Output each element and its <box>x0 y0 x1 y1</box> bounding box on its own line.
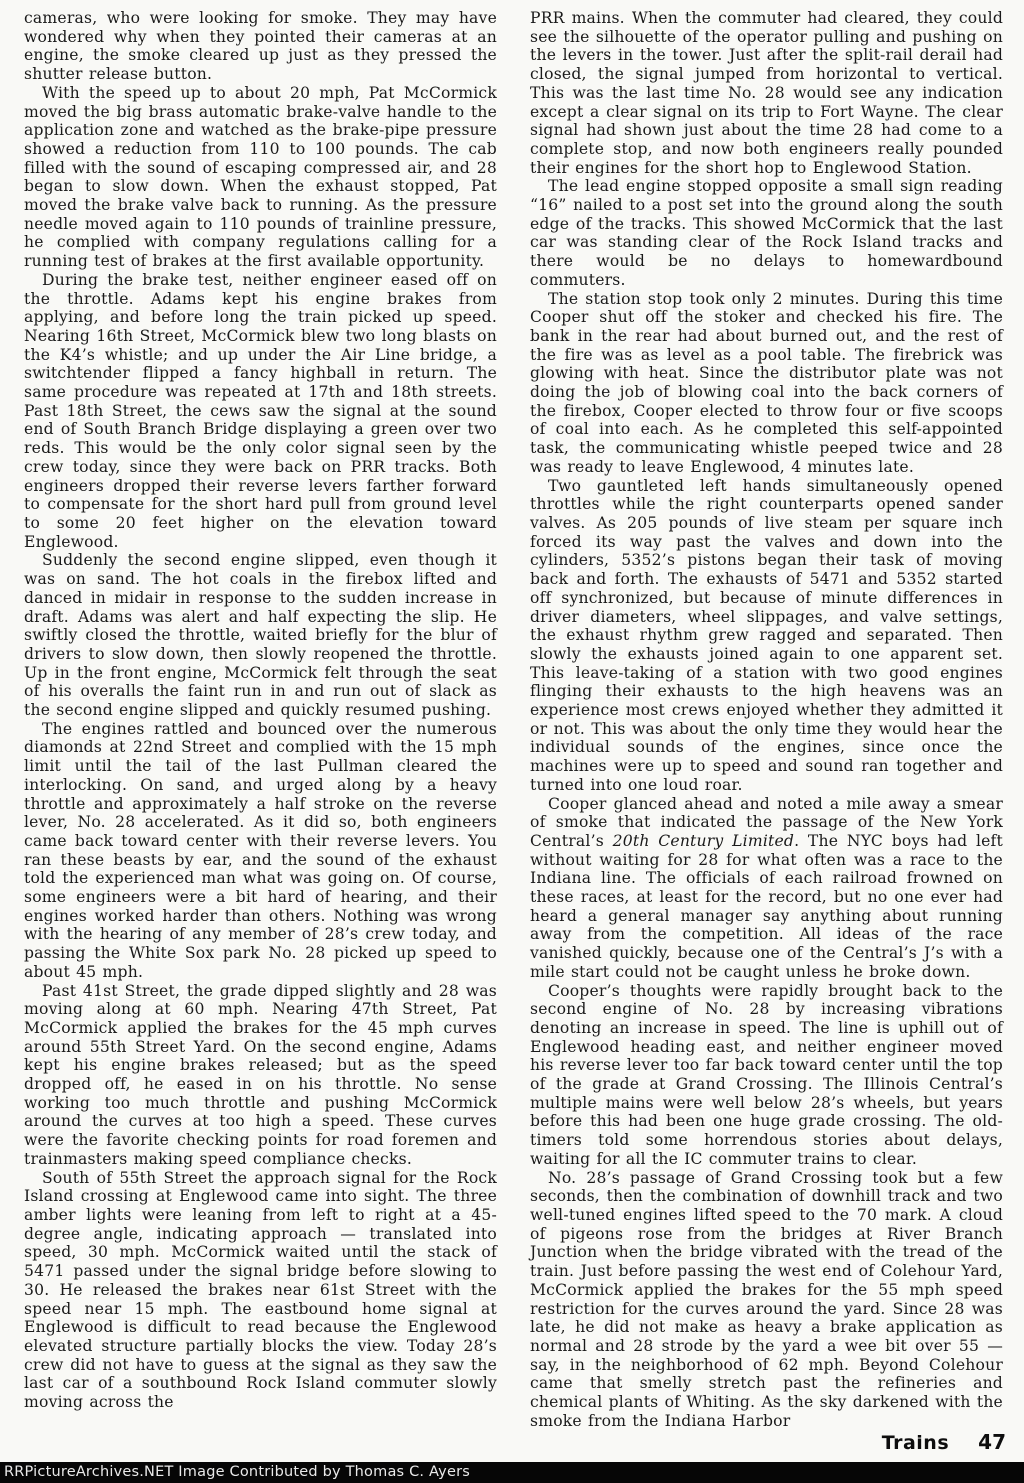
magazine-page: cameras, who were looking for smoke. The… <box>0 0 1024 1483</box>
body-text: The engines rattled and bounced over the… <box>24 720 497 981</box>
body-text: With the speed up to about 20 mph, Pat M… <box>24 84 497 270</box>
body-text: cameras, who were looking for smoke. The… <box>24 9 497 83</box>
article-paragraph: Suddenly the second engine slipped, even… <box>24 551 497 719</box>
article-paragraph: Cooper’s thoughts were rapidly brought b… <box>530 982 1003 1169</box>
article-column-right: PRR mains. When the commuter had cleared… <box>530 9 1003 1430</box>
article-paragraph: With the speed up to about 20 mph, Pat M… <box>24 84 497 271</box>
article-paragraph: Past 41st Street, the grade dipped sligh… <box>24 982 497 1169</box>
article-body: cameras, who were looking for smoke. The… <box>24 9 1003 1430</box>
body-text: Cooper’s thoughts were rapidly brought b… <box>530 982 1003 1168</box>
body-text: The lead engine stopped opposite a small… <box>530 177 1003 289</box>
body-text: No. 28’s passage of Grand Crossing took … <box>530 1169 1003 1430</box>
magazine-title: Trains <box>882 1432 949 1454</box>
body-text: The station stop took only 2 minutes. Du… <box>530 290 1003 476</box>
article-paragraph: South of 55th Street the approach signal… <box>24 1169 497 1412</box>
watermark-text: RRPictureArchives.NET Image Contributed … <box>4 1464 470 1480</box>
article-paragraph: No. 28’s passage of Grand Crossing took … <box>530 1169 1003 1431</box>
body-text: South of 55th Street the approach signal… <box>24 1169 497 1411</box>
body-text: Past 41st Street, the grade dipped sligh… <box>24 982 497 1168</box>
page-footer: Trains 47 <box>882 1430 1006 1454</box>
body-text: During the brake test, neither engineer … <box>24 271 497 551</box>
article-paragraph: During the brake test, neither engineer … <box>24 271 497 552</box>
body-text: . The NYC boys had left without waiting … <box>530 832 1003 981</box>
article-paragraph: Two gauntleted left hands simultaneously… <box>530 477 1003 795</box>
article-paragraph: The station stop took only 2 minutes. Du… <box>530 290 1003 477</box>
italic-text: 20th Century Limited <box>613 832 794 850</box>
body-text: Suddenly the second engine slipped, even… <box>24 551 497 719</box>
article-column-left: cameras, who were looking for smoke. The… <box>24 9 497 1430</box>
article-paragraph: cameras, who were looking for smoke. The… <box>24 9 497 84</box>
body-text: PRR mains. When the commuter had cleared… <box>530 9 1003 177</box>
watermark-bar: RRPictureArchives.NET Image Contributed … <box>0 1462 1024 1483</box>
article-paragraph: PRR mains. When the commuter had cleared… <box>530 9 1003 177</box>
article-paragraph: The engines rattled and bounced over the… <box>24 720 497 982</box>
article-paragraph: The lead engine stopped opposite a small… <box>530 177 1003 289</box>
body-text: Two gauntleted left hands simultaneously… <box>530 477 1003 794</box>
page-number: 47 <box>978 1430 1006 1454</box>
article-paragraph: Cooper glanced ahead and noted a mile aw… <box>530 795 1003 982</box>
